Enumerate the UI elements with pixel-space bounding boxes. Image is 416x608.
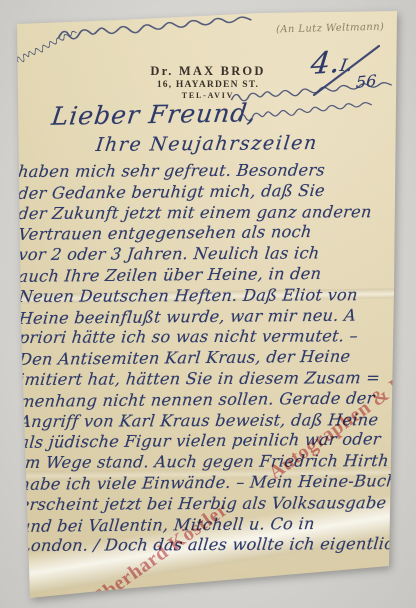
letter-line: haben mich sehr gefreut. Besonders: [17, 160, 401, 183]
opening-line: Ihre Neujahrszeilen: [95, 132, 320, 156]
letter-line: auch Ihre Zeilen über Heine, in den: [17, 263, 401, 287]
date-day: 4.: [309, 45, 342, 82]
letter-line: vor 2 oder 3 Jahren. Neulich las ich: [17, 243, 401, 266]
date-year: 56: [356, 71, 377, 92]
letter-line: menhang nicht nennen sollen. Gerade der: [18, 388, 402, 412]
letterhead: Dr. MAX BROD 16, HAYARDEN ST. TEL-AVIV: [118, 64, 298, 100]
letter-paper: (An Lutz Weltmann) Dr. MAX BROD 16, HAYA…: [0, 0, 416, 608]
letter-line: London. / Doch das alles wollte ich eige…: [19, 534, 403, 557]
pencil-recipient-note: (An Lutz Weltmann): [276, 22, 385, 36]
letter-line: habe ich viele Einwände. – Mein Heine-Bu…: [19, 471, 403, 495]
salutation: Lieber Freund,: [50, 98, 258, 131]
letter-line: Den Antisemiten Karl Kraus, der Heine: [18, 346, 402, 370]
letter-line: imitiert hat, hätten Sie in diesem Zusam…: [18, 368, 402, 391]
paper-shadow: (An Lutz Weltmann) Dr. MAX BROD 16, HAYA…: [0, 0, 416, 608]
letterhead-name: Dr. MAX BROD: [118, 64, 298, 79]
letter-line: im Wege stand. Auch gegen Friedrich Hirt…: [19, 451, 403, 474]
letterhead-street: 16, HAYARDEN ST.: [118, 80, 298, 90]
date-month: I.: [338, 56, 354, 76]
letter-photograph: (An Lutz Weltmann) Dr. MAX BROD 16, HAYA…: [0, 0, 416, 608]
letter-body: haben mich sehr gefreut. Besondersder Ge…: [18, 160, 402, 557]
letter-line: der Gedanke beruhigt mich, daß Sie: [17, 180, 401, 204]
letter-line: erscheint jetzt bei Herbig als Volksausg…: [19, 493, 403, 516]
letter-line: Neuen Deutschen Heften. Daß Eliot von: [18, 285, 402, 308]
